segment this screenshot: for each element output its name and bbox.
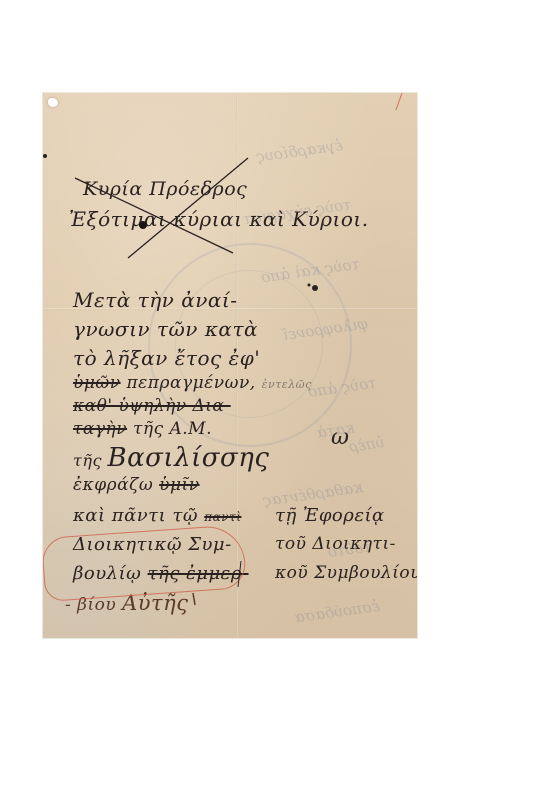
struck-word: ὑμῶν [73,373,121,393]
body-line-9: καὶ πᾶντι τῷ παντὶ [73,505,241,526]
letter-paper: ἐγκαρδίους τοὺς εὐχαριστ τοὺς καὶ ἀπο φι… [43,93,417,638]
bleed-line: ἐγκαρδίους [233,135,344,170]
bleed-line: ἐσπούδασα [278,596,381,630]
line-text: τῆς Α.Μ. [127,419,212,439]
body-line-8: ἐκφράζω ὑμῖν [73,475,200,495]
line-text: καὶ πᾶντι τῷ [73,505,198,526]
red-corner-mark [395,93,415,115]
body-line-3: τὸ λῆξαν ἔτος ἐφ' [73,346,260,370]
line-text: ἐκφράζω [73,475,153,495]
bleed-line: τοὺς καὶ ἀπο [250,254,361,289]
queen-word: Βασιλίσσης [108,443,270,473]
right-column-line-1: τῇ Ἐφορείᾳ [275,505,385,526]
red-circled-annotation [43,524,247,602]
struck-word: παντὶ [204,510,241,524]
body-line-5: καθ' ὑψηλὴν Δια- [73,396,231,416]
body-line-1: Μετὰ τὴν ἀναί- [73,288,237,312]
struck-word: ταγὴν [73,419,127,439]
bleed-line: φιλοφρονεῖ [258,313,369,348]
line-prefix: τῆς [73,451,102,470]
right-column-line-2: τοῦ Διοικητι- [275,534,396,554]
paper-hole [48,98,58,107]
body-line-4: ὑμῶν πεπραγμένων, ἐντελῶς [73,373,312,393]
salutation-line-1: Κυρία Πρόεδρος [83,178,247,200]
struck-phrase: καθ' ὑψηλὴν Δια- [73,396,231,416]
salutation-rest: κύριαι καὶ Κύριοι. [173,207,368,231]
body-line-6: ταγὴν τῆς Α.Μ. [73,419,212,439]
body-line-2: γνωσιν τῶν κατὰ [73,317,258,341]
salutation-line-2: Ἐξότιμαι κύριαι καὶ Κύριοι. [69,207,369,231]
line-text: πεπραγμένων, [121,373,256,393]
salutation-word-struck: Ἐξότιμαι [69,207,166,231]
inserted-word: ἐντελῶς [262,378,312,391]
right-column-line-3: κοῦ Συμβουλίου [275,563,417,583]
body-line-7: τῆς Βασιλίσσης [73,443,269,473]
omega-mark: ω [331,425,349,450]
struck-word: ὑμῖν [159,475,199,495]
